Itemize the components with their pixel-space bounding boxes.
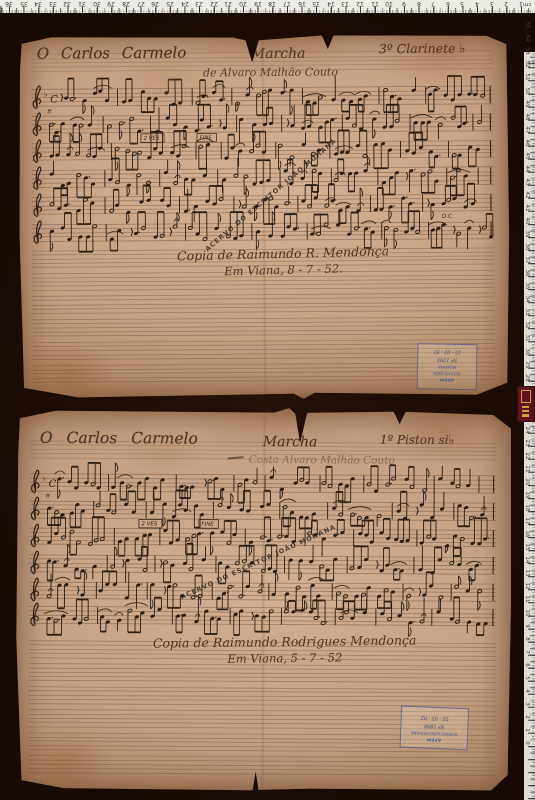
ruler-number: 37 [524,255,530,265]
svg-text:C: C [50,94,58,105]
ruler-number: 41 [524,203,530,213]
ruler-number: 14 [524,555,530,565]
scanned-manuscripts-photo: 1234567891011121314151617181920212223242… [0,0,535,800]
svg-text:2 VES: 2 VES [143,136,160,142]
ruler-cm-ticks [0,6,535,13]
piece-title: O Carlos Carmelo [37,44,187,63]
ruler-number: 17 [281,0,293,7]
ruler-number: 32 [524,320,530,330]
ruler-number: 4 [524,686,530,696]
stamp-line: Nº 1293 [424,355,471,364]
composer-line: de Alvaro Malhão Couto [203,65,338,79]
ruler-number: 6 [442,0,454,7]
ruler-number: 0 [524,738,530,748]
ruler-number: 5 [524,673,530,683]
ruler-number: 10 [524,608,530,618]
instrument-label: 3º Clarinete ♭ [379,41,466,57]
ruler-number: 35 [18,0,30,7]
svg-text:D.C.: D.C. [442,214,454,220]
ruler-number: 47 [524,125,530,135]
ruler-unit-label: cm [523,1,531,7]
catalog-stamp-text: APEM ACERVO JOÃO MOHANA Nº 1898 25 - 02 … [407,713,461,745]
ruler-number: 3 [486,0,498,7]
ruler-number: 31 [76,0,88,7]
svg-text:FINE: FINE [199,135,212,141]
ruler-number: 23 [524,438,530,448]
ruler-number: 5 [456,0,468,7]
ruler-number: 10 [383,0,395,7]
ruler-number: 34 [524,294,530,304]
ruler-number: 54 [524,33,530,43]
ruler-number: 19 [252,0,264,7]
ruler-number: 40 [524,216,530,226]
ruler-number: 15 [524,542,530,552]
ruler-number: 3 [524,699,530,709]
ruler-right-cm: 0123456789101112131415161718192021222324… [524,52,535,800]
genre-label: Marcha [251,46,306,62]
ruler-number: 34 [32,0,44,7]
ruler-number: 9 [398,0,410,7]
svg-text:C: C [49,479,57,490]
ruler-number: 21 [222,0,234,7]
ruler-number: 44 [524,164,530,174]
ruler-number: 16 [524,529,530,539]
ruler-number: 51 [524,72,530,82]
catalog-stamp: APEM ACERVO JOÃO MOHANA Nº 1898 25 - 02 … [400,706,470,751]
ruler-number: 20 [524,477,530,487]
ruler-number: 22 [208,0,220,7]
ruler-number: 4 [471,0,483,7]
instrument-label: 1º Piston si♭ [380,433,454,447]
ruler-number: 19 [524,490,530,500]
genre-label: Marcha [263,434,318,450]
ruler-number: 12 [354,0,366,7]
ruler-number: 32 [61,0,73,7]
ruler-number: 6 [524,660,530,670]
ruler-number: 11 [524,594,530,604]
ruler-number: 28 [120,0,132,7]
ruler-number: 36 [3,0,15,7]
ruler-number: 16 [296,0,308,7]
ruler-number: 14 [325,0,337,7]
svg-text:♭: ♭ [43,475,46,483]
ruler-number: 28 [524,373,530,383]
ruler-number: 24 [179,0,191,7]
ruler-number: 18 [266,0,278,7]
ruler-number: 20 [237,0,249,7]
ruler-number: 2 [524,712,530,722]
copyist-block: Copia de Raimundo Rodrigues Mendonça Em … [135,632,435,667]
ruler-number: 21 [524,464,530,474]
ruler-number: 17 [524,516,530,526]
ruler-number: 13 [339,0,351,7]
ruler-number: 30 [91,0,103,7]
svg-text:FINE: FINE [201,522,214,528]
copyist-line: Copia de Raimundo Rodrigues Mendonça [135,632,435,651]
ruler-number: 1 [524,725,530,735]
ruler-number: 18 [524,503,530,513]
ruler-number: 39 [524,229,530,239]
ruler-number: 33 [524,307,530,317]
ruler-number: 13 [524,568,530,578]
svg-text:ff: ff [47,109,52,115]
ruler-number: 27 [135,0,147,7]
ruler-number: 35 [524,281,530,291]
stamp-line: APEM [424,376,471,383]
svg-text:ff: ff [46,494,51,500]
ruler-number: 11 [369,0,381,7]
catalog-stamp-text: APEM ACERVO JOÃO MOHANA Nº 1293 25 - 02 … [424,348,471,385]
ruler-number: 30 [524,347,530,357]
ruler-number: 23 [193,0,205,7]
ruler-number: 31 [524,333,530,343]
svg-text:2 VES: 2 VES [141,521,158,527]
composer-line-faded: Costa Alvaro Malhão Couto [228,454,395,467]
ruler-number: 55 [524,20,530,30]
svg-text:♭: ♭ [44,91,47,99]
ruler-number: 45 [524,151,530,161]
catalog-stamp: APEM ACERVO JOÃO MOHANA Nº 1293 25 - 02 … [417,343,478,390]
ruler-number: 36 [524,268,530,278]
stamp-line: ACERVO JOÃO MOHANA [424,363,471,377]
manuscript-page-piston: ♭Cff2 VESFINE O Carlos Carmelo Marcha 1º… [14,407,513,795]
stamp-line: 25 - 02 - 02 [424,348,471,357]
ruler-number: 9 [524,621,530,631]
ruler-top-cm: 1234567891011121314151617181920212223242… [0,0,535,13]
piece-title: O Carlos Carmelo [40,429,198,448]
ruler-number: 50 [524,86,530,96]
ruler-number: 48 [524,112,530,122]
ruler-number: 12 [524,581,530,591]
ruler-number: 8 [524,634,530,644]
ruler-number: 53 [524,46,530,56]
ruler-number: 7 [524,647,530,657]
ruler-number: 22 [524,451,530,461]
ruler-number: 29 [524,360,530,370]
manuscript-page-clarinet: ♭Cff2 VESFINED.C. O Carlos Carmelo March… [17,31,512,400]
ruler-number: 8 [413,0,425,7]
ruler-number: 33 [47,0,59,7]
ruler-number: 29 [105,0,117,7]
archive-crest-emblem [517,386,535,422]
ruler-number: 15 [310,0,322,7]
ruler-number: 24 [524,425,530,435]
ruler-number: 49 [524,99,530,109]
ruler-number: 26 [149,0,161,7]
ruler-number: 43 [524,177,530,187]
ruler-number: 7 [427,0,439,7]
ruler-number: 38 [524,242,530,252]
ruler-number: 25 [164,0,176,7]
ruler-number: 52 [524,59,530,69]
ruler-number: 2 [500,0,512,7]
ruler-number: 46 [524,138,530,148]
ruler-number: 42 [524,190,530,200]
